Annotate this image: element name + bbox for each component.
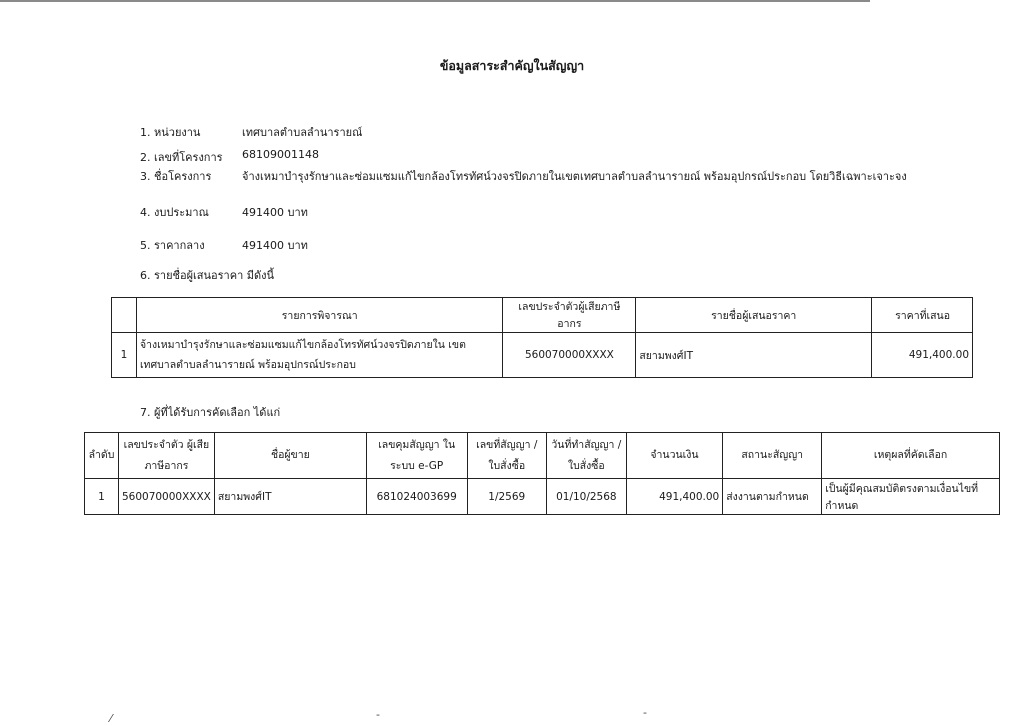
vendor-name: สยามพงศ์IT (214, 479, 366, 515)
scan-mark: - (643, 706, 647, 719)
contract-number: 1/2569 (467, 479, 546, 515)
winners-table: ลำดับ เลขประจำตัว ผู้เสียภาษีอากร ชื่อผู… (84, 432, 1000, 515)
row-number: 1 (85, 479, 119, 515)
header-cell: ชื่อผู้ขาย (214, 433, 366, 479)
item-value: 68109001148 (242, 148, 319, 161)
header-cell: รายการพิจารณา (136, 298, 502, 333)
bidders-table: รายการพิจารณา เลขประจำตัวผู้เสียภาษีอากร… (111, 297, 973, 378)
item-value: 491400 บาท (242, 236, 308, 254)
header-cell: เลขคุมสัญญา ในระบบ e-GP (366, 433, 467, 479)
offered-price: 491,400.00 (872, 333, 973, 378)
scan-mark: - (376, 708, 380, 721)
table-row: 1 560070000XXXX สยามพงศ์IT 681024003699 … (85, 479, 1000, 515)
item-value: 491400 บาท (242, 203, 308, 221)
header-cell: เลขประจำตัวผู้เสียภาษีอากร (503, 298, 636, 333)
table-header-row: ลำดับ เลขประจำตัว ผู้เสียภาษีอากร ชื่อผู… (85, 433, 1000, 479)
scan-mark: ⁄ (110, 712, 112, 725)
header-cell: รายชื่อผู้เสนอราคา (636, 298, 872, 333)
contract-status: ส่งงานตามกำหนด (723, 479, 822, 515)
table-row: 1 จ้างเหมาบำรุงรักษาและซ่อมแซมแก้ไขกล้อง… (112, 333, 973, 378)
egp-control-number: 681024003699 (366, 479, 467, 515)
header-cell: วันที่ทำสัญญา / ใบสั่งซื้อ (546, 433, 626, 479)
bidder-name: สยามพงศ์IT (636, 333, 872, 378)
scan-top-edge (0, 0, 870, 2)
table-header-row: รายการพิจารณา เลขประจำตัวผู้เสียภาษีอากร… (112, 298, 973, 333)
header-cell: เลขที่สัญญา / ใบสั่งซื้อ (467, 433, 546, 479)
item-label: 4. งบประมาณ (140, 203, 209, 221)
item-label: 1. หน่วยงาน (140, 123, 200, 141)
item-label: 2. เลขที่โครงการ (140, 148, 223, 166)
contract-date: 01/10/2568 (546, 479, 626, 515)
tax-id: 560070000XXXX (503, 333, 636, 378)
item-value: เทศบาลตำบลลำนารายณ์ (242, 123, 362, 141)
document-title: ข้อมูลสาระสำคัญในสัญญา (0, 56, 1024, 76)
item-label: 3. ชื่อโครงการ (140, 167, 211, 185)
row-number: 1 (112, 333, 137, 378)
item-value: จ้างเหมาบำรุงรักษาและซ่อมแซมแก้ไขกล้องโท… (242, 167, 907, 185)
header-cell: จำนวนเงิน (626, 433, 722, 479)
header-cell: ราคาที่เสนอ (872, 298, 973, 333)
header-cell: สถานะสัญญา (723, 433, 822, 479)
header-cell: ลำดับ (85, 433, 119, 479)
amount: 491,400.00 (626, 479, 722, 515)
selection-reason: เป็นผู้มีคุณสมบัติตรงตามเงื่อนไขที่กำหนด (822, 479, 1000, 515)
item-label: 7. ผู้ที่ได้รับการคัดเลือก ได้แก่ (140, 403, 280, 421)
tax-id: 560070000XXXX (118, 479, 214, 515)
header-cell (112, 298, 137, 333)
item-label: 6. รายชื่อผู้เสนอราคา มีดังนี้ (140, 266, 274, 284)
consideration-item: จ้างเหมาบำรุงรักษาและซ่อมแซมแก้ไขกล้องโท… (136, 333, 502, 378)
item-label: 5. ราคากลาง (140, 236, 205, 254)
header-cell: เหตุผลที่คัดเลือก (822, 433, 1000, 479)
header-cell: เลขประจำตัว ผู้เสียภาษีอากร (118, 433, 214, 479)
